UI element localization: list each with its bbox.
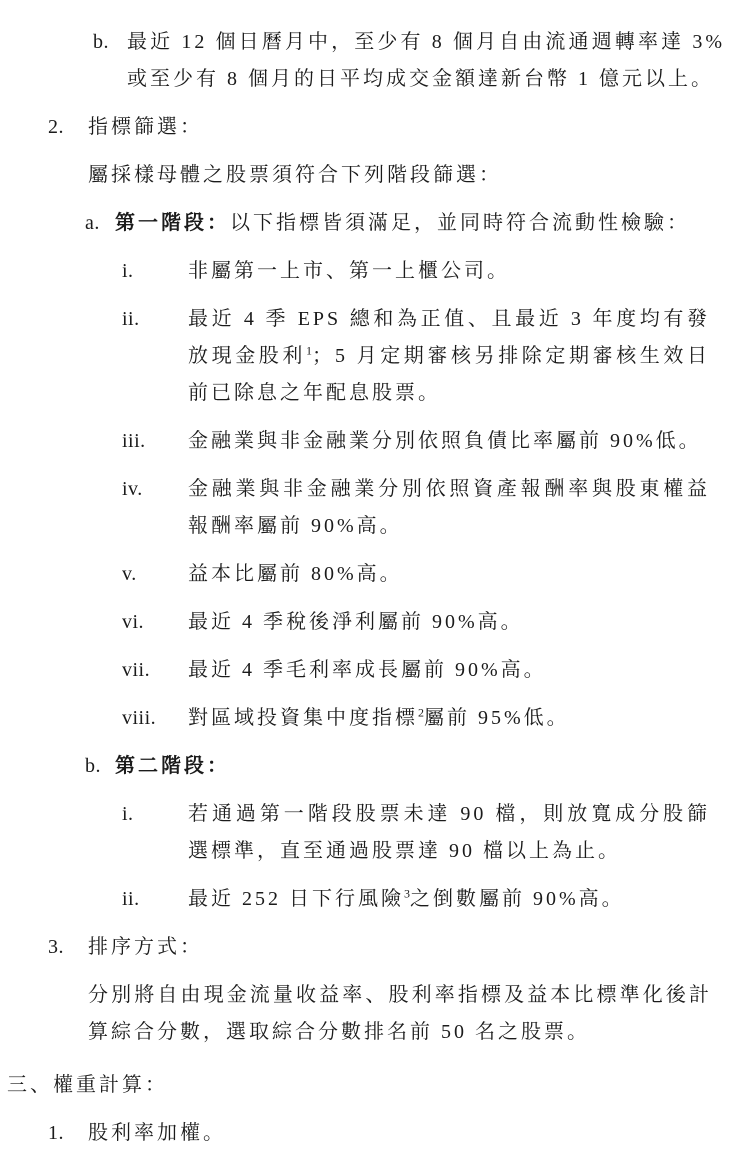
item-text: 金融業與非金融業分別依照負債比率屬前 90%低。 (188, 423, 710, 460)
item-text: 分別將自由現金流量收益率、股利率指標及益本比標準化後計算綜合分數，選取綜合分數排… (88, 977, 712, 1051)
item-text: 最近 4 季稅後淨利屬前 90%高。 (188, 604, 710, 641)
item-text: 對區域投資集中度指標2屬前 95%低。 (188, 700, 710, 737)
list-marker: a. (85, 205, 115, 242)
stage-one-heading: 第一階段： (115, 212, 230, 234)
list-marker: iv. (122, 471, 188, 508)
list-marker: 2. (48, 109, 88, 146)
list-marker: v. (122, 556, 188, 593)
item-text: 金融業與非金融業分別依照資產報酬率與股東權益報酬率屬前 90%高。 (188, 471, 710, 545)
list-marker: vii. (122, 652, 188, 689)
list-marker: iii. (122, 423, 188, 460)
stage-two-heading: 第二階段： (115, 755, 230, 777)
document-page: b. 最近 12 個日曆月中，至少有 8 個月自由流通週轉率達 3%或至少有 8… (0, 0, 740, 1176)
list-marker: viii. (122, 700, 188, 737)
section-heading-text: 三、權重計算： (7, 1067, 712, 1104)
item-text: 最近 12 個日曆月中，至少有 8 個月自由流通週轉率達 3%或至少有 8 個月… (127, 24, 725, 98)
item-text: 排序方式： (88, 929, 712, 966)
list-marker: ii. (122, 881, 188, 918)
list-marker: vi. (122, 604, 188, 641)
list-item-a-stage-one: a. 第一階段：以下指標皆須滿足，並同時符合流動性檢驗： (0, 205, 740, 242)
list-item-ii-downside-risk: ii. 最近 252 日下行風險3之倒數屬前 90%高。 (0, 881, 740, 918)
list-item-iv-roa-roe: iv. 金融業與非金融業分別依照資產報酬率與股東權益報酬率屬前 90%高。 (0, 471, 740, 545)
item-text: 若通過第一階段股票未達 90 檔，則放寬成分股篩選標準，直至通過股票達 90 檔… (188, 796, 710, 870)
item-text: 屬採樣母體之股票須符合下列階段篩選： (88, 157, 712, 194)
item-text: 非屬第一上市、第一上櫃公司。 (188, 253, 710, 290)
list-item-iii-debt-ratio: iii. 金融業與非金融業分別依照負債比率屬前 90%低。 (0, 423, 740, 460)
section-heading-weight-calculation: 三、權重計算： (0, 1067, 740, 1104)
list-marker: b. (93, 24, 127, 61)
list-item-v-earnings-price: v. 益本比屬前 80%高。 (0, 556, 740, 593)
list-marker: i. (122, 253, 188, 290)
list-marker: 3. (48, 929, 88, 966)
item-text: 最近 252 日下行風險3之倒數屬前 90%高。 (188, 881, 710, 918)
list-item-i-listing: i. 非屬第一上市、第一上櫃公司。 (0, 253, 740, 290)
paragraph-composite-score: 分別將自由現金流量收益率、股利率指標及益本比標準化後計算綜合分數，選取綜合分數排… (0, 977, 740, 1051)
item-text: 股利率加權。 (88, 1115, 712, 1152)
list-item-vii-gross-margin: vii. 最近 4 季毛利率成長屬前 90%高。 (0, 652, 740, 689)
list-item-viii-regional-concentration: viii. 對區域投資集中度指標2屬前 95%低。 (0, 700, 740, 737)
item-text: 最近 4 季毛利率成長屬前 90%高。 (188, 652, 710, 689)
list-marker: ii. (122, 301, 188, 338)
list-item-ii-eps-dividend: ii. 最近 4 季 EPS 總和為正值、且最近 3 年度均有發放現金股利1；5… (0, 301, 740, 412)
item-text: 第一階段：以下指標皆須滿足，並同時符合流動性檢驗： (115, 205, 712, 242)
list-marker: 1. (48, 1115, 88, 1152)
list-item-b-stage-two: b. 第二階段： (0, 748, 740, 785)
paragraph-sampling-universe: 屬採樣母體之股票須符合下列階段篩選： (0, 157, 740, 194)
item-text: 最近 4 季 EPS 總和為正值、且最近 3 年度均有發放現金股利1；5 月定期… (188, 301, 710, 412)
item-text: 第二階段： (115, 748, 712, 785)
item-text: 指標篩選： (88, 109, 712, 146)
list-item-3-ranking-method: 3. 排序方式： (0, 929, 740, 966)
list-item-i-relax-criteria: i. 若通過第一階段股票未達 90 檔，則放寬成分股篩選標準，直至通過股票達 9… (0, 796, 740, 870)
item-text: 益本比屬前 80%高。 (188, 556, 710, 593)
list-item-vi-net-profit: vi. 最近 4 季稅後淨利屬前 90%高。 (0, 604, 740, 641)
list-marker: b. (85, 748, 115, 785)
list-marker: i. (122, 796, 188, 833)
list-item-2-indicator-screening: 2. 指標篩選： (0, 109, 740, 146)
list-item-1-dividend-weighting: 1. 股利率加權。 (0, 1115, 740, 1152)
list-item-b-liquidity: b. 最近 12 個日曆月中，至少有 8 個月自由流通週轉率達 3%或至少有 8… (0, 24, 740, 98)
